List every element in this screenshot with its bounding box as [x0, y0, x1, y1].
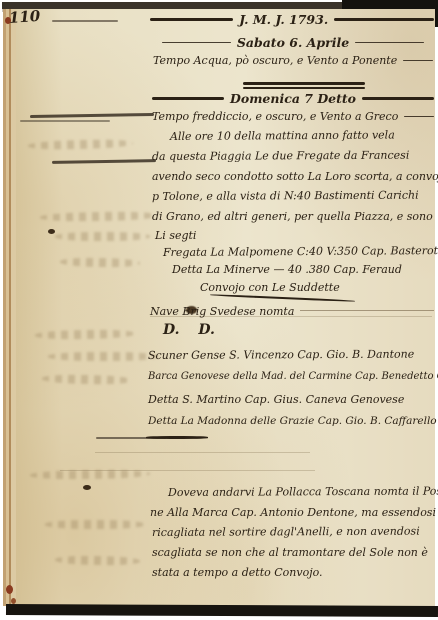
bleedthrough-smudge: [48, 352, 158, 361]
ink-spot: [48, 229, 55, 234]
ship-line-text: Nave Brig Svedese nomta: [150, 305, 294, 318]
saturday-heading-text: Sabato 6. Aprile: [237, 35, 349, 50]
heading-rule-left: [162, 42, 231, 44]
guide-line: [60, 470, 315, 471]
closing-line: stata a tempo a detto Convojo.: [152, 566, 323, 579]
sunday-heading: Domenica 7 Detto: [152, 91, 434, 106]
line-trailing-rule: [404, 116, 434, 118]
ship-list-line: Scuner Gense S. Vincenzo Cap. Gio. B. Da…: [148, 348, 414, 362]
manuscript-line: di Grano, ed altri generi, per quella Pi…: [152, 210, 433, 223]
closing-line: ne Alla Marca Cap. Antonio Dentone, ma e…: [150, 506, 436, 519]
body-line-text: Tempo freddiccio, e oscuro, e Vento a Gr…: [152, 110, 398, 123]
manuscript-line: Tempo freddiccio, e oscuro, e Vento a Gr…: [152, 110, 434, 123]
ship-list-line: Detta La Minerve — 40 .380 Cap. Feraud: [172, 263, 402, 276]
guide-line: [95, 452, 310, 453]
double-rule: [243, 82, 365, 91]
manuscript-line: avendo seco condotto sotto La Loro scort…: [152, 170, 438, 183]
ship-list-line: Detta La Madonna delle Grazie Cap. Gio. …: [148, 415, 437, 427]
ship-list-line: Barca Genovese della Mad. del Carmine Ca…: [148, 371, 438, 382]
ship-list-line: Fregata La Malpomene C:40 V:350 Cap. Bas…: [163, 244, 438, 259]
manuscript-scan: 110 J. M. J. 1793. Sabato 6. Aprile Temp…: [0, 0, 438, 620]
saturday-heading: Sabato 6. Aprile: [162, 35, 424, 50]
header-rule-left: [150, 18, 233, 21]
heading-rule-right: [355, 42, 424, 44]
bleedthrough-smudge: [55, 232, 150, 241]
wax-spot: [6, 585, 13, 594]
double-rule-top: [243, 82, 365, 85]
closing-line: ricagliata nel sortire dagl'Anelli, e no…: [152, 525, 420, 539]
saturday-weather: Tempo Acqua, pò oscuro, e Vento a Ponent…: [153, 54, 433, 67]
ink-streak: [20, 120, 110, 122]
manuscript-line: da questa Piaggia Le due Fregate da Fran…: [152, 149, 409, 163]
ink-streak: [52, 20, 118, 22]
year-header: J. M. J. 1793.: [150, 12, 434, 27]
saturday-weather-text: Tempo Acqua, pò oscuro, e Vento a Ponent…: [153, 54, 397, 67]
manuscript-line: p Tolone, e alla vista di N:40 Bastiment…: [152, 189, 419, 203]
sunday-heading-text: Domenica 7 Detto: [230, 91, 356, 106]
underline-flourish: [146, 436, 208, 439]
heading-rule-right: [362, 97, 434, 100]
ink-spot: [83, 485, 91, 490]
page-edge-left: [3, 9, 16, 606]
folio-number: 110: [8, 7, 40, 27]
bleedthrough-smudge: [45, 520, 145, 529]
manuscript-line: Li segti: [155, 229, 196, 242]
double-rule-bottom: [243, 87, 365, 90]
year-header-text: J. M. J. 1793.: [239, 12, 328, 27]
ship-list-line: Nave Brig Svedese nomta: [150, 305, 434, 318]
closing-line: scagliata se non che al tramontare del S…: [152, 546, 428, 559]
weather-trailing-rule: [403, 60, 433, 62]
heading-rule-left: [152, 97, 224, 100]
ship-list-line: D. D.: [163, 322, 215, 338]
binding-bottom-edge: [6, 604, 438, 617]
ship-list-line: Detta S. Martino Cap. Gius. Caneva Genov…: [148, 393, 404, 406]
ship-list-line: Convojo con Le Suddette: [200, 281, 340, 294]
manuscript-line: Alle ore 10 della mattina anno fatto vel…: [170, 128, 395, 143]
blank-fill-line: [300, 310, 434, 311]
header-rule-right: [334, 18, 434, 21]
closing-line: Doveva andarvi La Pollacca Toscana nomta…: [168, 484, 438, 499]
wax-spot: [11, 598, 16, 604]
